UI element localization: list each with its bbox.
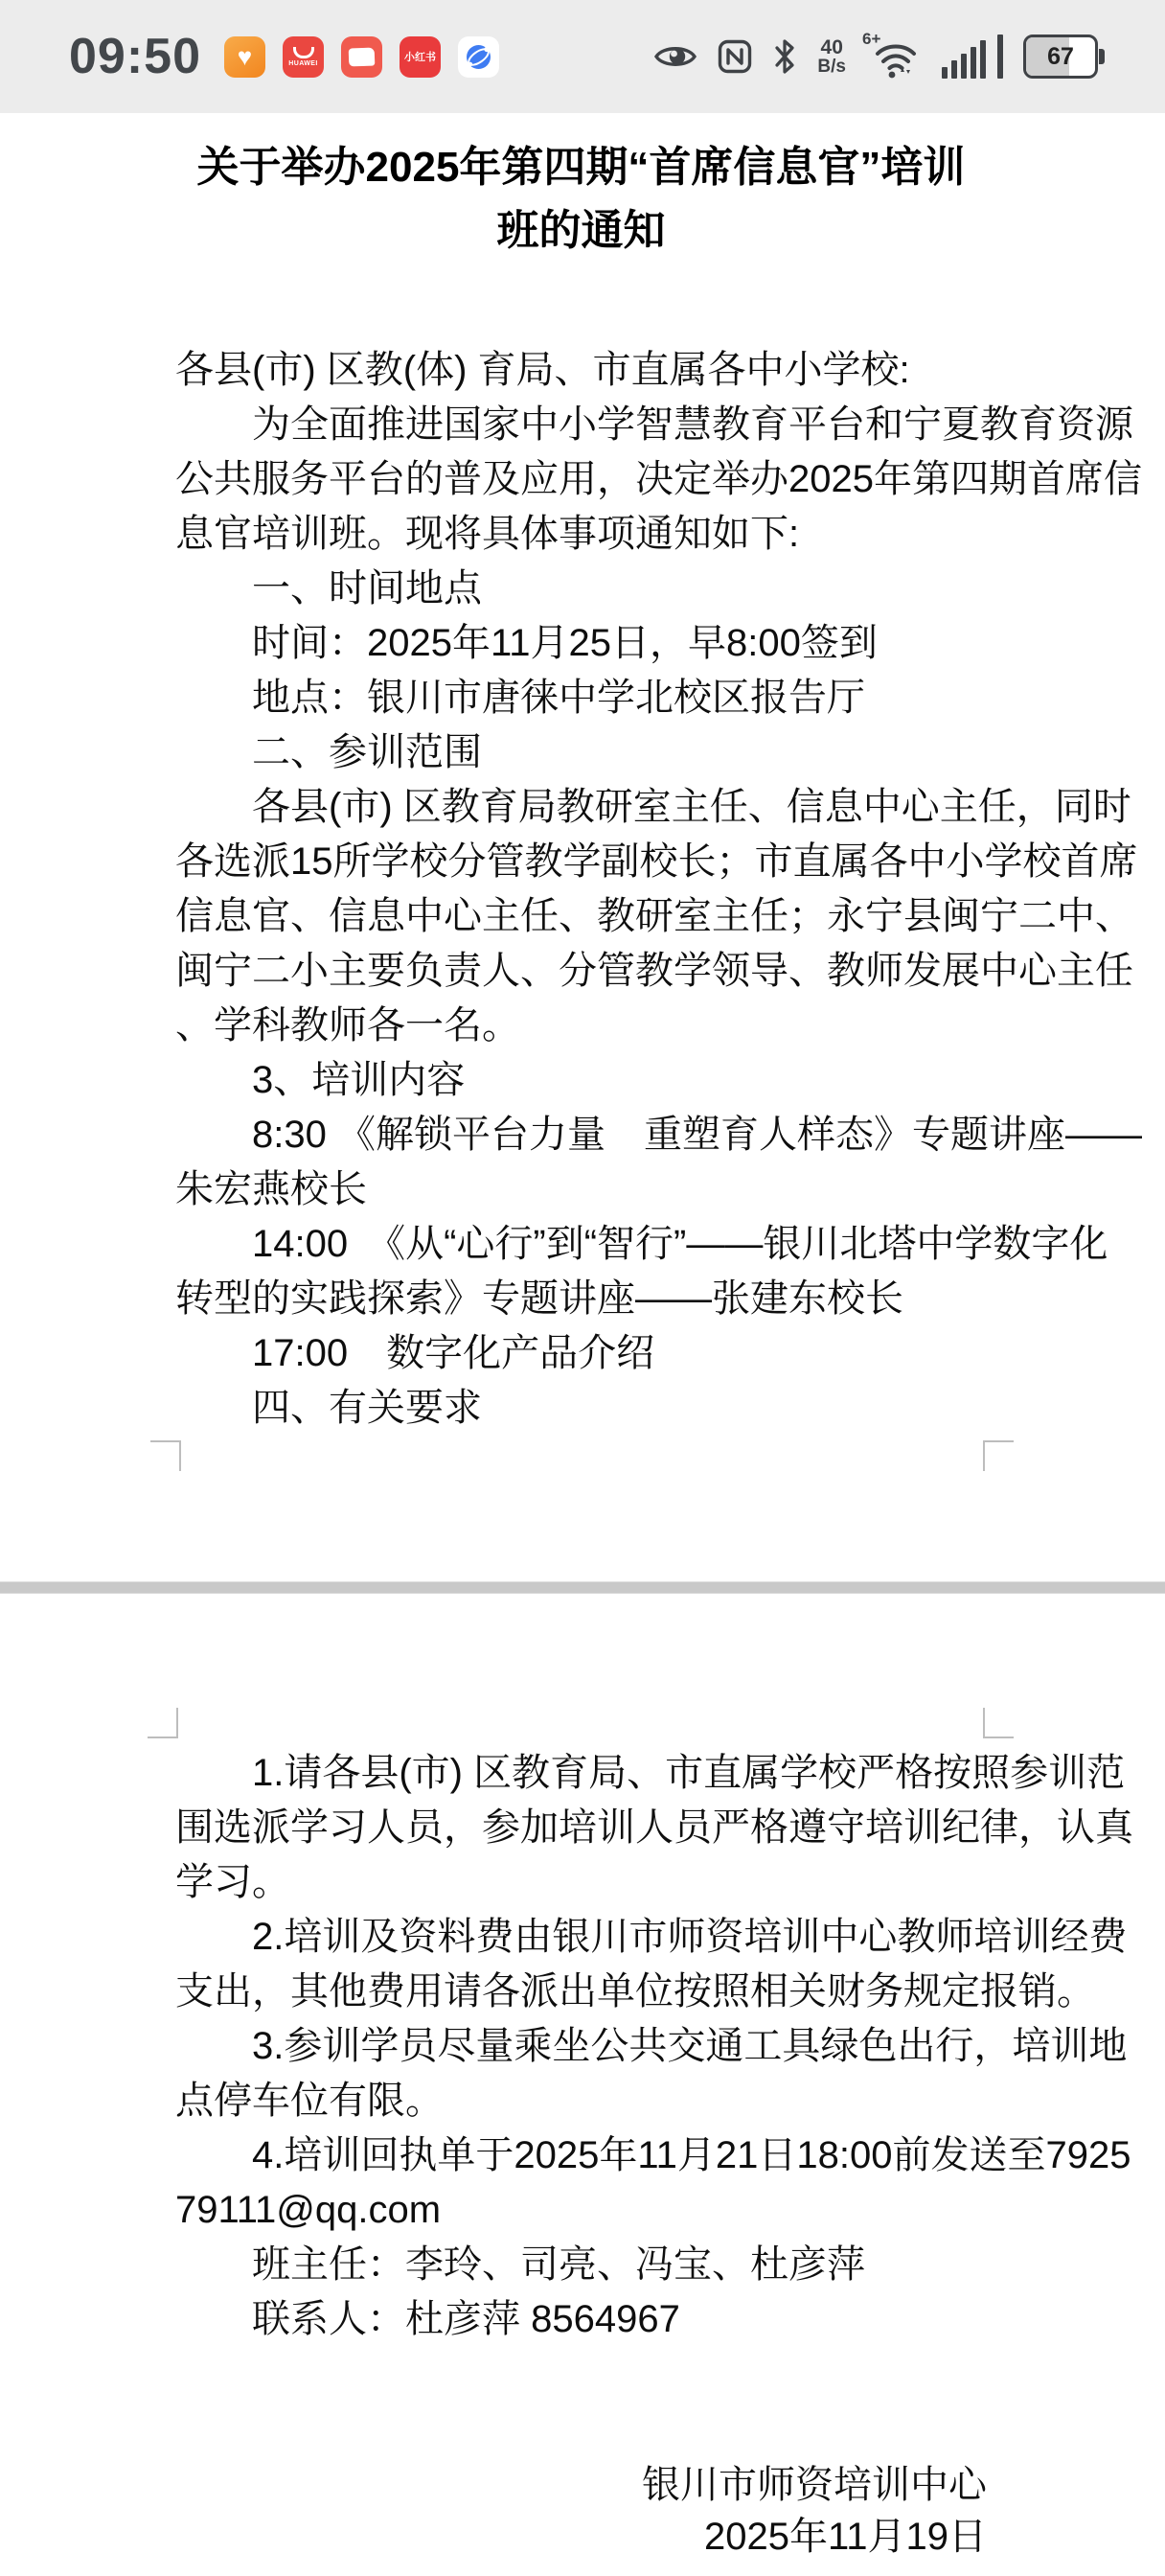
document-viewer-screen[interactable]: 09:50 ♥ HUAWEI 小红书 (0, 0, 1165, 2576)
doc-line: 时间：2025年11月25日，早8:00签到 (175, 616, 1038, 671)
page-corner-mark (983, 1440, 1014, 1471)
doc-line: 各县(市) 区教育局教研室主任、信息中心主任，同时 (175, 780, 1038, 835)
doc-line: 4.培训回执单于2025年11月21日18:00前发送至7925 (175, 2128, 1038, 2183)
battery-nub (1099, 49, 1105, 64)
book-page-icon (349, 47, 376, 66)
xiaohongshu-app-icon: 小红书 (400, 36, 441, 78)
doc-line: 为全面推进国家中小学智慧教育平台和宁夏教育资源 (175, 398, 1038, 452)
doc-line: 1.请各县(市) 区教育局、市直属学校严格按照参训范 (175, 1746, 1038, 1801)
doc-line: 支出，其他费用请各派出单位按照相关财务规定报销。 (175, 1965, 1038, 2019)
book-app-icon (341, 36, 382, 78)
browser-app-icon (458, 36, 499, 78)
status-bar: 09:50 ♥ HUAWEI 小红书 (0, 0, 1165, 113)
doc-line: 2.培训及资料费由银川市师资培训中心教师培训经费 (175, 1910, 1038, 1965)
wifi-indicator: 6+ (866, 34, 922, 80)
wifi6-plus-label: 6+ (862, 30, 880, 49)
health-app-icon: ♥ (224, 36, 265, 78)
page-corner-mark (148, 1708, 178, 1738)
signature-org: 银川市师资培训中心 (642, 2459, 987, 2511)
doc-line: 联系人：杜彦萍 8564967 (175, 2292, 1038, 2347)
page-corner-mark (150, 1440, 181, 1471)
doc-line: 14:00 《从“心行”到“智行”——银川北塔中学数字化 (175, 1217, 1038, 1272)
doc-line: 各选派15所学校分管教学副校长；市直属各中小学校首席 (175, 835, 1038, 889)
doc-title-line-1: 关于举办2025年第四期“首席信息官”培训 (175, 136, 987, 199)
doc-line: 四、有关要求 (175, 1381, 1038, 1436)
doc-line: 息官培训班。现将具体事项通知如下: (175, 507, 1038, 562)
signature-date: 2025年11月19日 (642, 2511, 987, 2563)
doc-line: 班主任：李玲、司亮、冯宝、杜彦萍 (175, 2238, 1038, 2292)
doc-line: 公共服务平台的普及应用，决定举办2025年第四期首席信 (175, 452, 1038, 507)
clock-time: 09:50 (69, 28, 201, 85)
network-speed-value: 40 (821, 37, 843, 57)
doc-line: 学习。 (175, 1855, 1038, 1910)
bluetooth-icon (772, 37, 797, 76)
doc-line: 一、时间地点 (175, 562, 1038, 616)
bag-handle-icon (293, 47, 314, 58)
doc-line: 17:00 数字化产品介绍 (175, 1326, 1038, 1381)
doc-line: 8:30 《解锁平台力量 重塑育人样态》专题讲座—— (175, 1108, 1038, 1162)
appgallery-label: HUAWEI (288, 60, 317, 67)
doc-title-line-2: 班的通知 (175, 199, 987, 263)
heart-icon: ♥ (238, 44, 252, 69)
doc-line: 79111@qq.com (175, 2183, 1038, 2238)
signal-bars-icon (942, 34, 1003, 79)
page-title: 关于举办2025年第四期“首席信息官”培训 班的通知 (175, 136, 987, 263)
page-corner-mark (983, 1708, 1014, 1738)
signature-block: 银川市师资培训中心 2025年11月19日 (642, 2459, 987, 2563)
page-1-body: 各县(市) 区教(体) 育局、市直属各中小学校: 为全面推进国家中小学智慧教育平… (175, 343, 1038, 1436)
doc-line: 二、参训范围 (175, 725, 1038, 780)
doc-line: 、学科教师各一名。 (175, 999, 1038, 1053)
doc-line: 信息官、信息中心主任、教研室主任；永宁县闽宁二中、 (175, 889, 1038, 944)
doc-line: 朱宏燕校长 (175, 1162, 1038, 1217)
globe-network-icon (463, 41, 494, 73)
network-speed-indicator: 40 B/s (817, 37, 846, 76)
appgallery-app-icon: HUAWEI (283, 36, 324, 78)
page-separator (0, 1581, 1165, 1594)
network-speed-unit: B/s (817, 57, 846, 76)
xiaohongshu-label: 小红书 (404, 49, 436, 64)
doc-line: 3.参训学员尽量乘坐公共交通工具绿色出行，培训地 (175, 2019, 1038, 2074)
status-bar-left: 09:50 ♥ HUAWEI 小红书 (69, 28, 499, 85)
battery-indicator: 67 (1023, 34, 1098, 79)
status-bar-right: 40 B/s 6+ 67 (653, 34, 1098, 80)
doc-line: 围选派学习人员，参加培训人员严格遵守培训纪律，认真 (175, 1801, 1038, 1855)
doc-line: 闽宁二小主要负责人、分管教学领导、教师发展中心主任 (175, 944, 1038, 999)
doc-line: 各县(市) 区教(体) 育局、市直属各中小学校: (175, 343, 1038, 398)
doc-line: 3、培训内容 (175, 1053, 1038, 1108)
doc-line: 转型的实践探索》专题讲座——张建东校长 (175, 1272, 1038, 1326)
doc-line: 地点：银川市唐徕中学北校区报告厅 (175, 671, 1038, 725)
eye-comfort-icon (653, 40, 697, 73)
nfc-icon (718, 39, 752, 74)
battery-percent: 67 (1047, 43, 1074, 71)
doc-line: 点停车位有限。 (175, 2074, 1038, 2128)
page-2-body: 1.请各县(市) 区教育局、市直属学校严格按照参训范 围选派学习人员，参加培训人… (175, 1746, 1038, 2347)
